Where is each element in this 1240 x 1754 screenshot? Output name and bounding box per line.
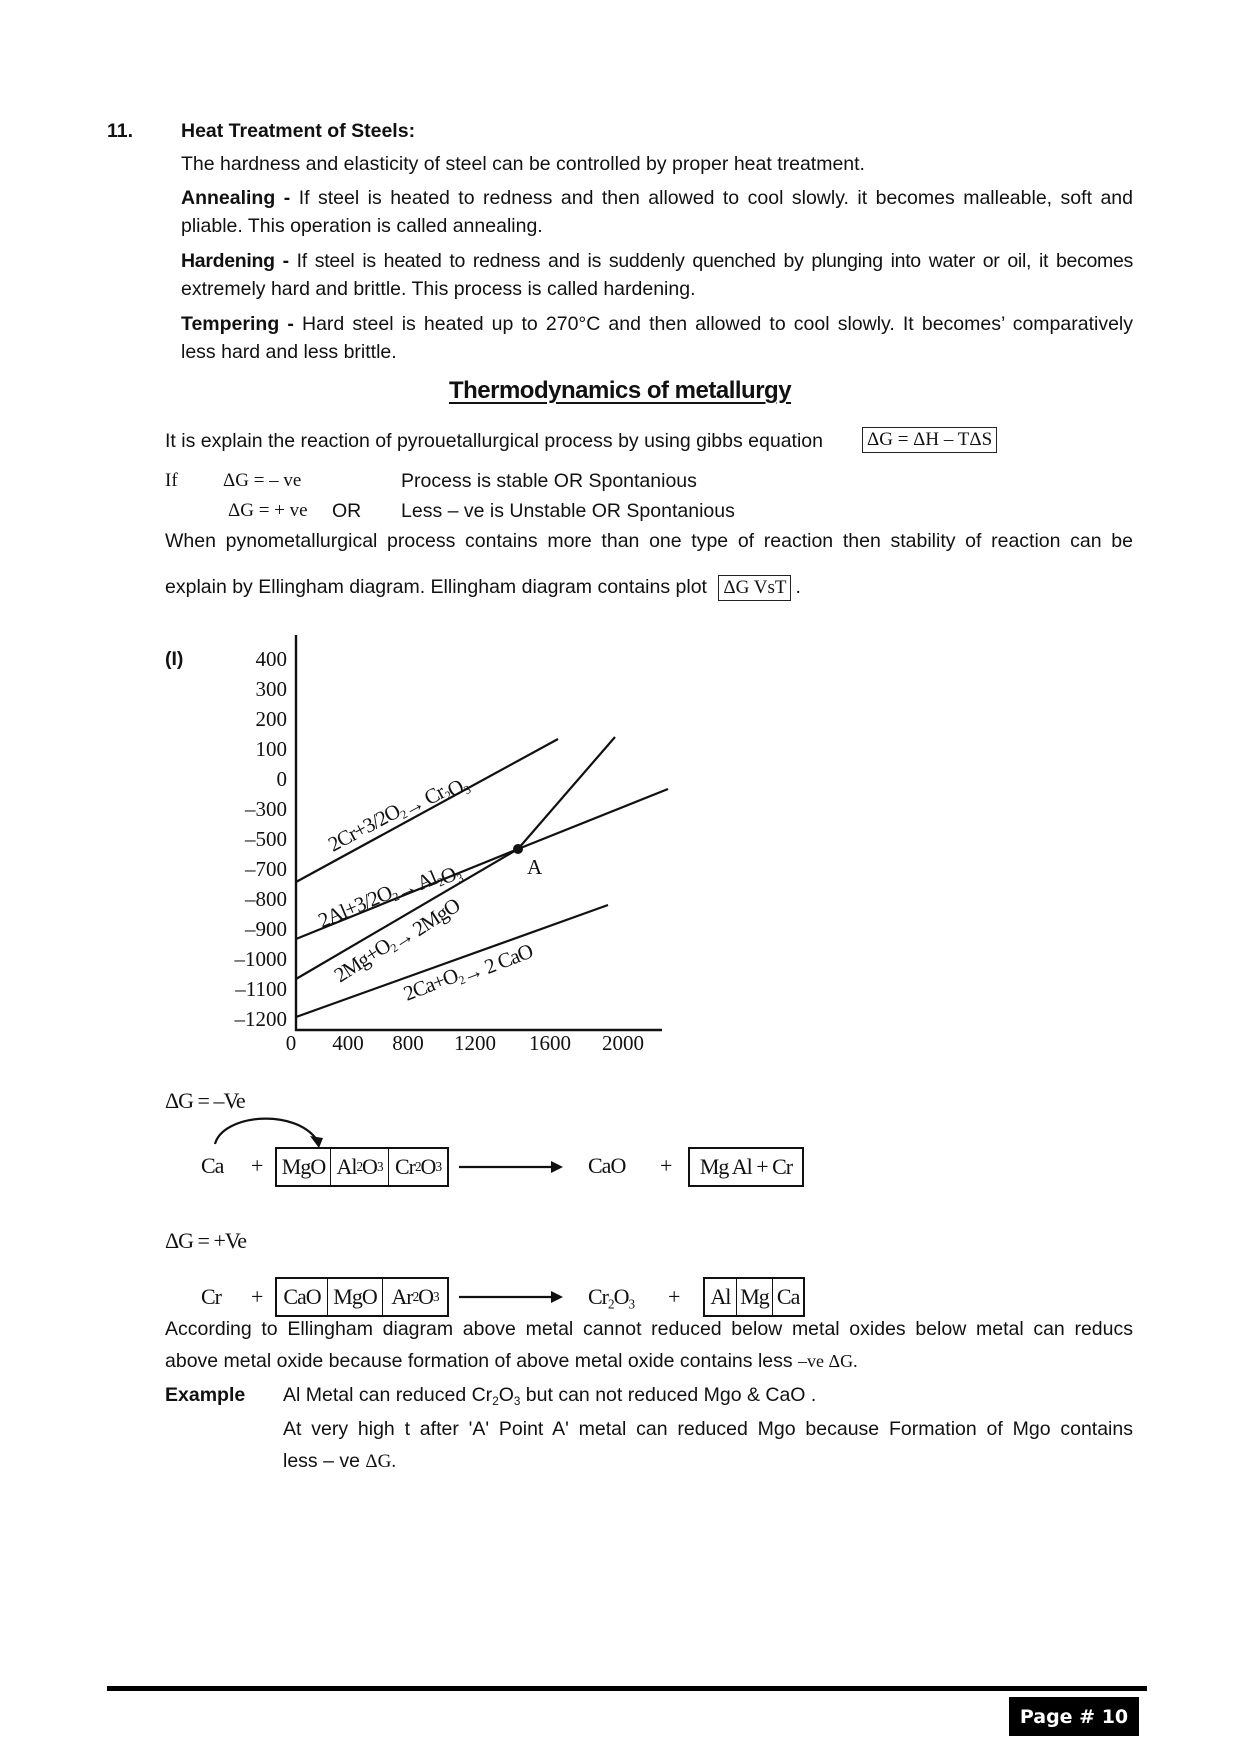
reaction-negative-plus-2: +	[660, 1153, 671, 1179]
example-text: less – ve	[283, 1450, 365, 1472]
x-tick-label: 1600	[529, 1031, 571, 1055]
chart-y-ticks: 4003002001000–300–500–700–800–900–1000–1…	[234, 647, 288, 1031]
reaction-positive-reactant: Cr	[201, 1284, 221, 1310]
metal-cell: Mg	[737, 1279, 774, 1315]
oxide-cell: CaO	[277, 1279, 328, 1315]
reaction-arrow-icon	[459, 1159, 565, 1175]
oxide-cell: MgO	[328, 1279, 383, 1315]
oxide-cell: Al2O3	[331, 1149, 389, 1185]
y-tick-label: –800	[244, 887, 287, 911]
example-line-1: Al Metal can reduced Cr2O3 but can not r…	[283, 1384, 816, 1406]
reaction-negative-plus: +	[251, 1153, 262, 1179]
point-a-label: A	[527, 855, 543, 879]
reaction-positive-plus: +	[251, 1284, 262, 1310]
reaction-positive-label: ΔG = +Ve	[165, 1228, 246, 1254]
metal-cell: Mg Al + Cr	[700, 1154, 792, 1180]
example-label-text: Example	[165, 1384, 245, 1406]
y-tick-label: 300	[256, 677, 288, 701]
y-tick-label: –1000	[234, 947, 288, 971]
y-tick-label: –300	[244, 797, 287, 821]
reaction-positive-oxides-box: CaO MgO Ar2O3	[275, 1277, 449, 1317]
chart-series-labels: 2Cr+3/2O2→ Cr2O32Al+3/2O2→ Al2O32Mg+O2→ …	[315, 764, 537, 1009]
y-tick-label: –500	[244, 827, 287, 851]
conclusion-line-2: above metal oxide because formation of a…	[165, 1350, 858, 1372]
y-tick-label: 100	[256, 737, 288, 761]
oxide-cell: MgO	[277, 1149, 331, 1185]
reaction-negative-oxides-box: MgO Al2O3 Cr2O3	[275, 1147, 449, 1187]
metal-cell: Al	[705, 1279, 737, 1315]
reaction-negative-metals-box: Mg Al + Cr	[688, 1147, 804, 1187]
ellingham-chart: 4003002001000–300–500–700–800–900–1000–1…	[0, 0, 1240, 1100]
y-tick-label: –1200	[234, 1007, 288, 1031]
conclusion-line-1: According to Ellingham diagram above met…	[165, 1318, 1133, 1340]
page-number-badge: Page # 10	[1009, 1697, 1139, 1736]
reaction-positive-product: Cr2O3	[588, 1284, 634, 1310]
series-label: 2Al+3/2O2→ Al2O3	[315, 852, 466, 942]
reaction-arrow-icon	[459, 1289, 565, 1305]
reaction-positive-metals-box: Al Mg Ca	[703, 1277, 805, 1317]
reaction-negative-reactant: Ca	[201, 1153, 223, 1179]
y-tick-label: –1100	[234, 977, 287, 1001]
series-line	[296, 737, 615, 979]
x-tick-label: 400	[332, 1031, 364, 1055]
example-math: ΔG.	[365, 1451, 396, 1472]
oxide-cell: Cr2O3	[389, 1149, 447, 1185]
example-text: Al Metal can reduced Cr	[283, 1384, 492, 1406]
conclusion-math: –ve ΔG.	[798, 1351, 858, 1371]
example-label: Example	[165, 1384, 245, 1406]
y-tick-label: –900	[244, 917, 287, 941]
conclusion-text: above metal oxide because formation of a…	[165, 1350, 793, 1372]
x-tick-label: 2000	[602, 1031, 644, 1055]
example-text: O	[499, 1384, 514, 1406]
y-tick-label: 200	[256, 707, 288, 731]
x-tick-label: 1200	[454, 1031, 496, 1055]
reaction-positive-plus-2: +	[668, 1284, 679, 1310]
example-line-3: less – ve ΔG.	[283, 1450, 396, 1473]
y-tick-label: –700	[244, 857, 287, 881]
oxide-cell: Ar2O3	[383, 1279, 447, 1315]
x-tick-label: 800	[392, 1031, 424, 1055]
footer-rule	[107, 1686, 1147, 1691]
point-a-marker	[513, 844, 523, 854]
example-line-2: At very high t after 'A' Point A' metal …	[283, 1418, 1133, 1440]
chart-x-ticks: 0400800120016002000	[286, 1031, 644, 1055]
metal-cell: Ca	[773, 1279, 803, 1315]
series-label: 2Cr+3/2O2→ Cr2O3	[324, 764, 473, 865]
x-tick-label: 0	[286, 1031, 297, 1055]
y-tick-label: 0	[277, 767, 288, 791]
example-text: but can not reduced Mgo & CaO .	[520, 1384, 816, 1406]
y-tick-label: 400	[256, 647, 288, 671]
reaction-negative-product: CaO	[588, 1153, 625, 1179]
